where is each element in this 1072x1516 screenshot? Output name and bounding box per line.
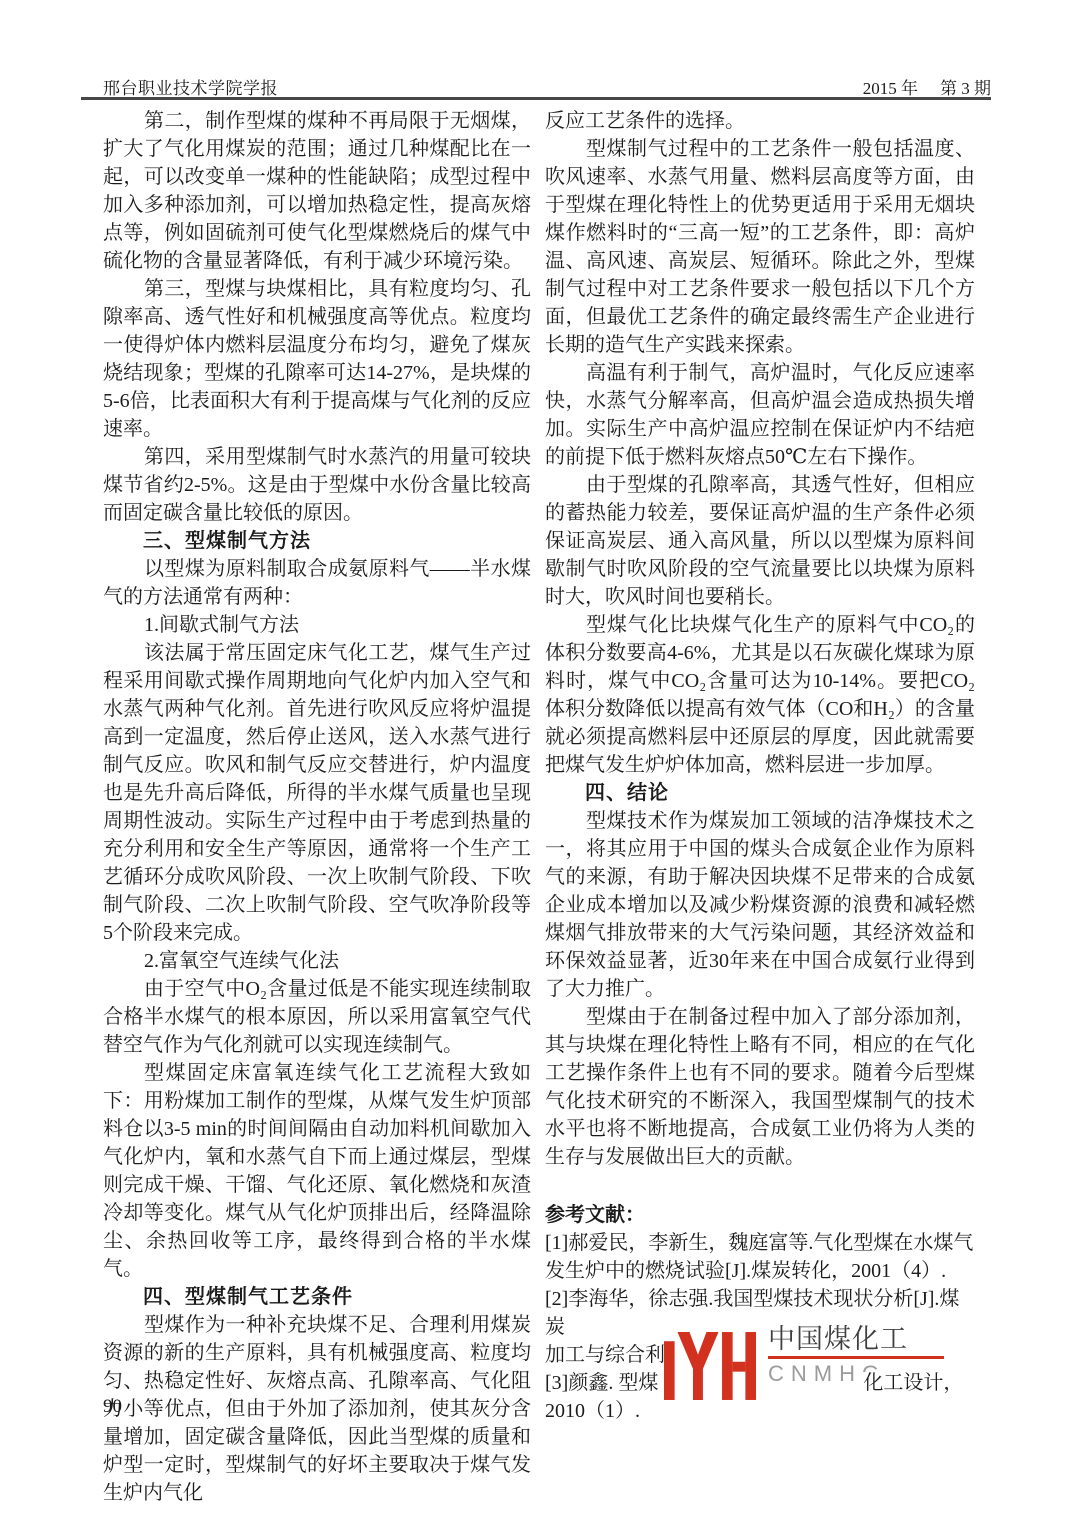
issue-number: 第 3 期 bbox=[940, 79, 991, 98]
left-column: 第二，制作型煤的煤种不再局限于无烟煤，扩大了气化用煤炭的范围；通过几种煤配比在一… bbox=[103, 107, 531, 1507]
journal-page: 邢台职业技术学院学报 2015 年第 3 期 第二，制作型煤的煤种不再局限于无烟… bbox=[0, 0, 1072, 1516]
issue-info: 2015 年第 3 期 bbox=[863, 74, 991, 99]
cnmhg-watermark: 中国煤化工 CNMHG bbox=[664, 1316, 986, 1422]
section-heading: 四、型煤制气工艺条件 bbox=[103, 1283, 531, 1311]
watermark-brand-cn: 中国煤化工 bbox=[768, 1324, 944, 1354]
reference-line: [1]郝爱民，李新生，魏庭富等.气化型煤在水煤气 bbox=[545, 1229, 975, 1257]
paragraph: 型煤由于在制备过程中加入了部分添加剂，其与块煤在理化特性上略有不同，相应的在气化… bbox=[545, 1003, 975, 1171]
references-heading: 参考文献： bbox=[545, 1201, 975, 1229]
reference-text: 化工设计， bbox=[863, 1372, 963, 1394]
paragraph: 以型煤为原料制取合成氨原料气——半水煤气的方法通常有两种： bbox=[103, 555, 531, 611]
issue-year: 2015 年 bbox=[863, 79, 918, 98]
page-number: 90 bbox=[103, 1396, 122, 1418]
paragraph: 1.间歇式制气方法 bbox=[103, 611, 531, 639]
paragraph: 反应工艺条件的选择。 bbox=[545, 107, 975, 135]
paragraph: 型煤技术作为煤炭加工领域的洁净煤技术之一，将其应用于中国的煤头合成氨企业作为原料… bbox=[545, 807, 975, 1003]
section-heading: 三、型煤制气方法 bbox=[103, 527, 531, 555]
paragraph: 第二，制作型煤的煤种不再局限于无烟煤，扩大了气化用煤炭的范围；通过几种煤配比在一… bbox=[103, 107, 531, 275]
header-rule bbox=[81, 97, 991, 100]
paragraph: 高温有利于制气，高炉温时，气化反应速率快，水蒸气分解率高，但高炉温会造成热损失增… bbox=[545, 359, 975, 471]
paragraph: 型煤固定床富氧连续气化工艺流程大致如下：用粉煤加工制作的型煤，从煤气发生炉顶部料… bbox=[103, 1059, 531, 1283]
paragraph: 第三，型煤与块煤相比，具有粒度均匀、孔隙率高、透气性好和机械强度高等优点。粒度均… bbox=[103, 275, 531, 443]
reference-text: [3]颜鑫. 型煤 bbox=[545, 1372, 658, 1394]
paragraph: 由于型煤的孔隙率高，其透气性好，但相应的蓄热能力较差，要保证高炉温的生产条件必须… bbox=[545, 471, 975, 611]
paragraph: 该法属于常压固定床气化工艺，煤气生产过程采用间歇式操作周期地向气化炉内加入空气和… bbox=[103, 639, 531, 947]
reference-line: 发生炉中的燃烧试验[J].煤炭转化，2001（4）. bbox=[545, 1257, 975, 1285]
paragraph: 第四，采用型煤制气时水蒸汽的用量可较块煤节省约2-5%。这是由于型煤中水份含量比… bbox=[103, 443, 531, 527]
paragraph: 型煤制气过程中的工艺条件一般包括温度、吹风速率、水蒸气用量、燃料层高度等方面，由… bbox=[545, 135, 975, 359]
paragraph: 2.富氧空气连续气化法 bbox=[103, 947, 531, 975]
paragraph: 型煤气化比块煤气化生产的原料气中CO₂的体积分数要高4-6%，尤其是以石灰碳化煤… bbox=[545, 611, 975, 779]
paragraph: 型煤作为一种补充块煤不足、合理利用煤炭资源的新的生产原料，具有机械强度高、粒度均… bbox=[103, 1311, 531, 1507]
section-heading: 四、结论 bbox=[545, 779, 975, 807]
journal-title: 邢台职业技术学院学报 bbox=[103, 74, 278, 99]
paragraph: 由于空气中O₂含量过低是不能实现连续制取合格半水煤气的根本原因，所以采用富氧空气… bbox=[103, 975, 531, 1059]
watermark-underline bbox=[768, 1356, 944, 1359]
right-column: 反应工艺条件的选择。型煤制气过程中的工艺条件一般包括温度、吹风速率、水蒸气用量、… bbox=[545, 107, 975, 1425]
cnmhg-logo-icon bbox=[664, 1326, 756, 1406]
